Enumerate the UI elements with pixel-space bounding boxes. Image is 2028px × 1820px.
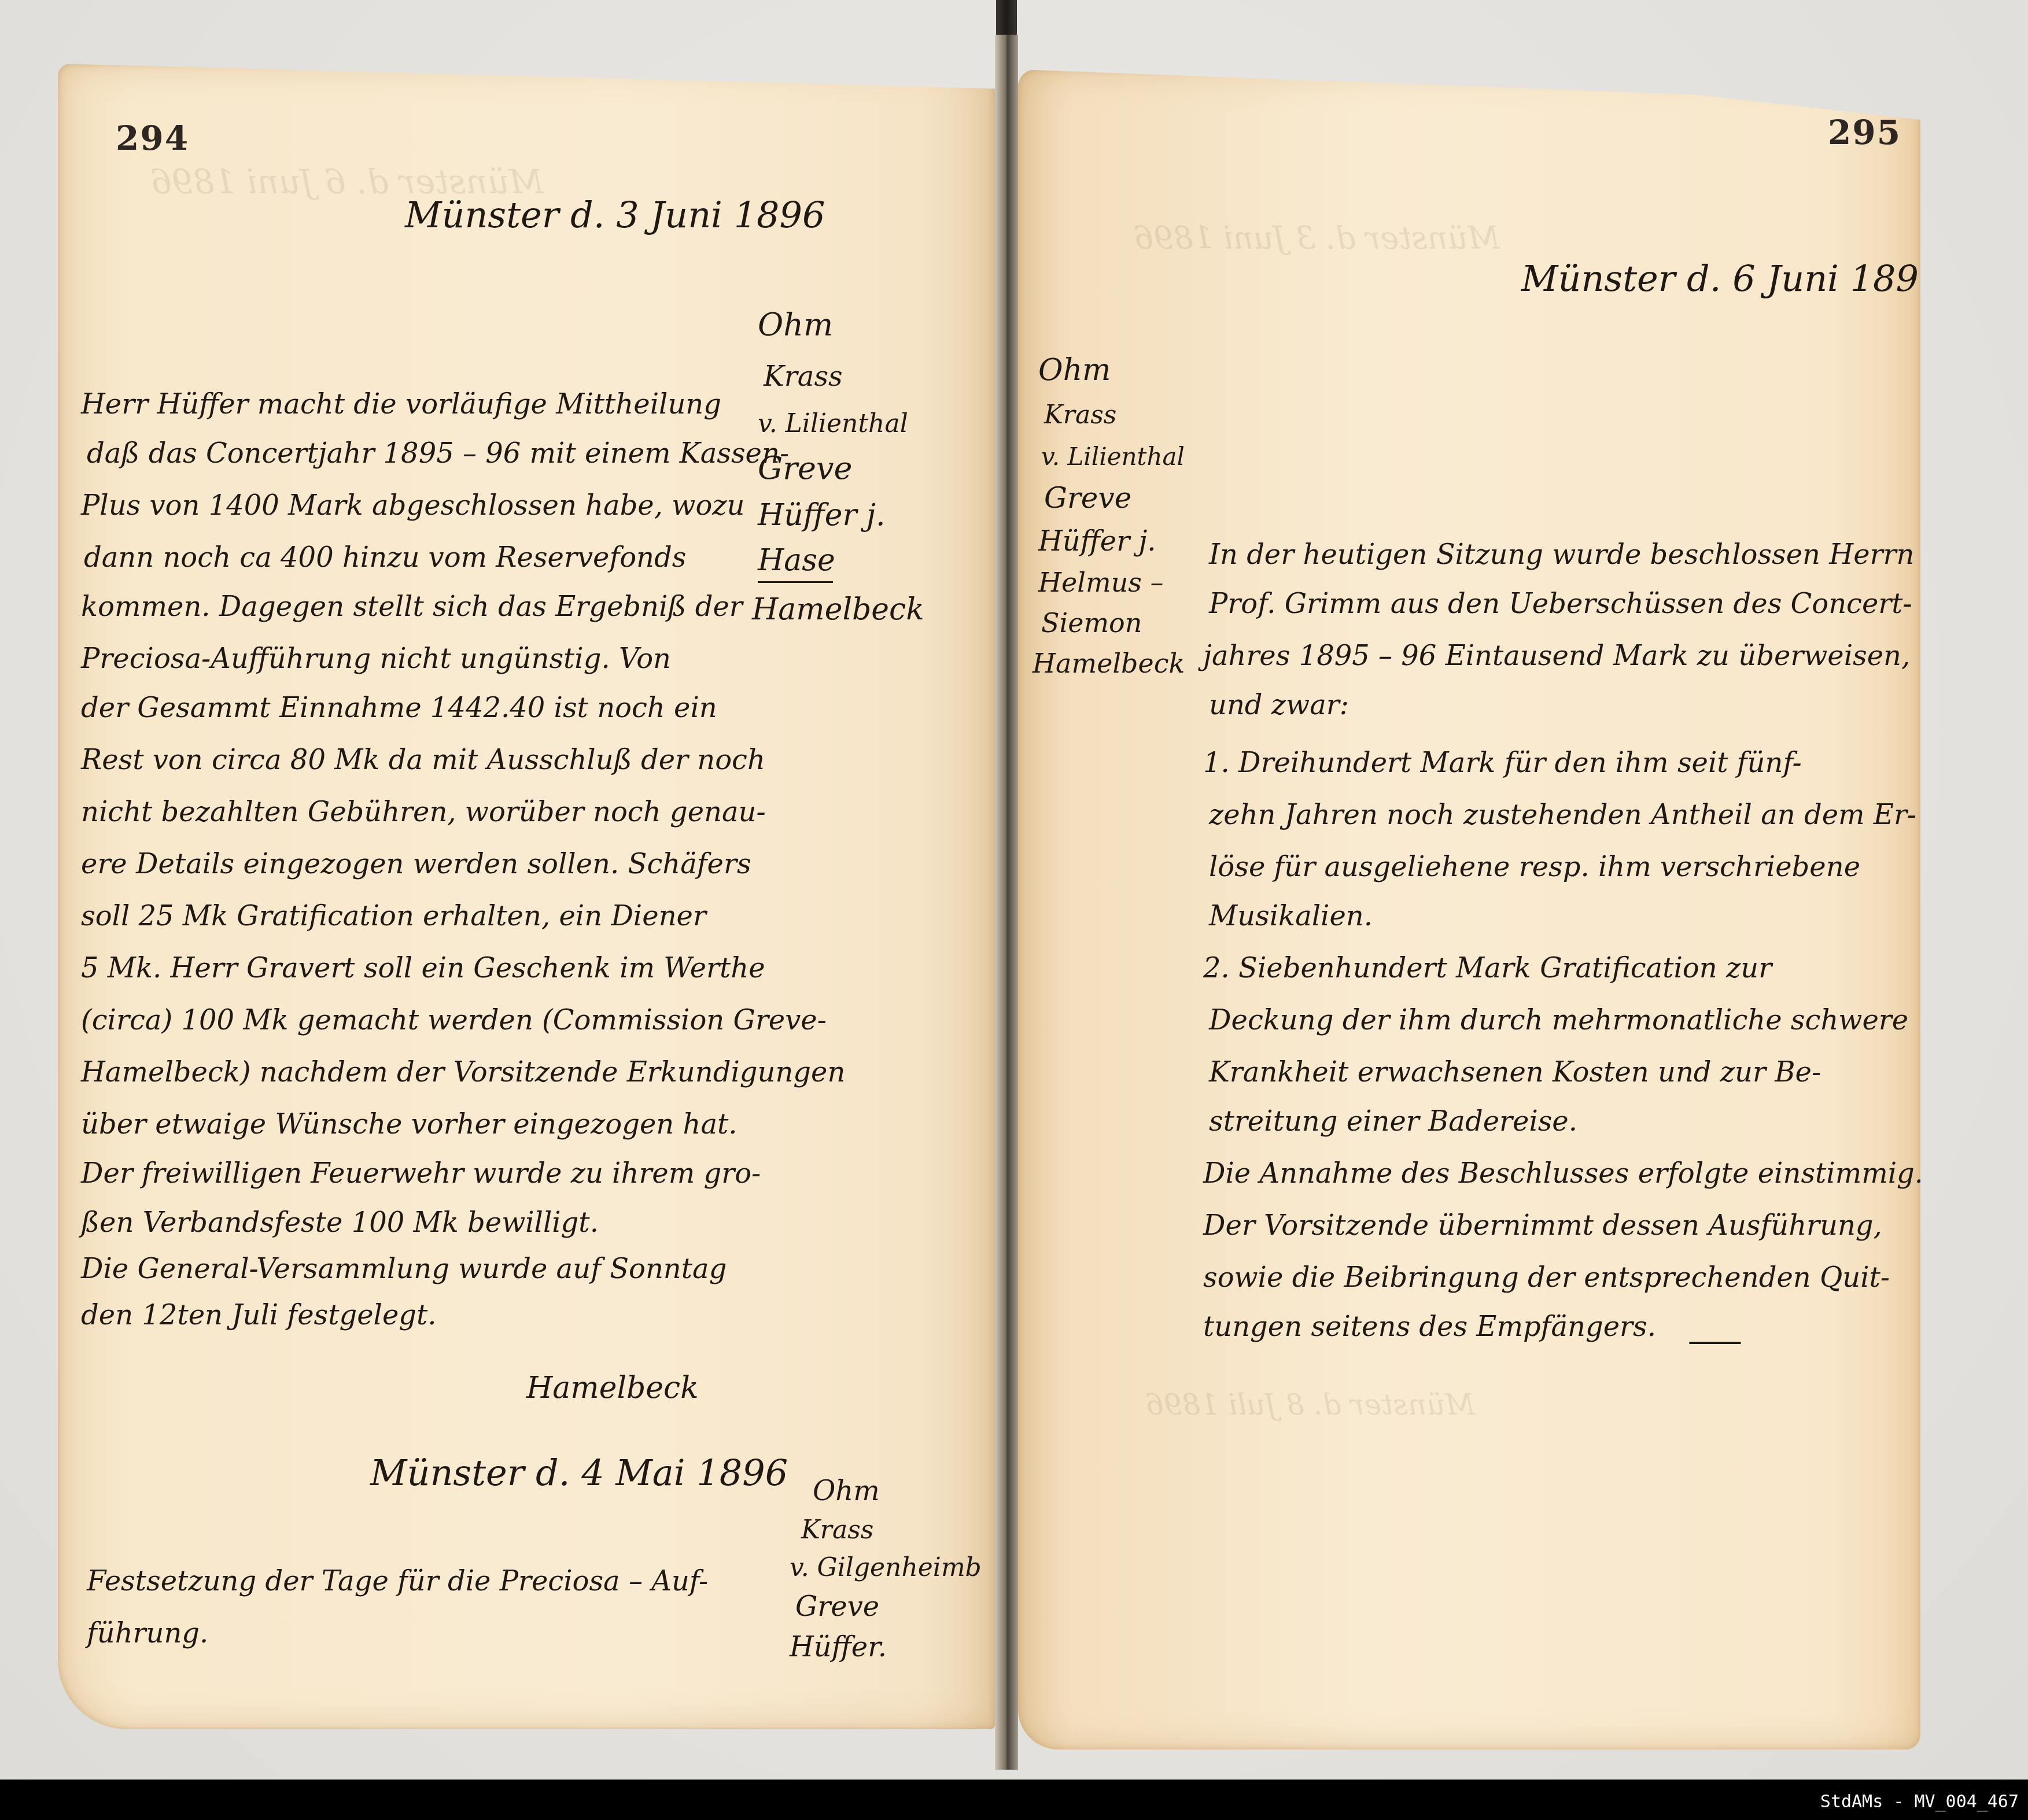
attendee: Ohm <box>1038 353 1185 387</box>
text-line: Der Vorsitzende übernimmt dessen Ausführ… <box>1203 1212 1882 1239</box>
entry-date: Münster d. 4 Mai 1896 <box>370 1452 788 1494</box>
signature: Hamelbeck <box>526 1371 699 1405</box>
text-line: 1. Dreihundert Mark für den ihm seit fün… <box>1203 749 1802 777</box>
page-number: 295 <box>1828 113 1901 152</box>
text-line: (circa) 100 Mk gemacht werden (Commissio… <box>81 1006 827 1034</box>
attendee-list: Ohm Krass v. Lilienthal Greve Hüffer j. … <box>1038 353 1185 679</box>
text-line: dann noch ca 400 hinzu vom Reservefonds <box>84 544 686 571</box>
text-line: Musikalien. <box>1209 902 1373 930</box>
text-line: daß das Concertjahr 1895 – 96 mit einem … <box>87 440 789 467</box>
attendee: Greve <box>795 1590 982 1623</box>
text-line: Festsetzung der Tage für die Preciosa – … <box>87 1567 708 1595</box>
attendee: Ohm <box>813 1475 982 1507</box>
attendee-list: Ohm Krass v. Gilgenheimb Greve Hüffer. <box>790 1475 982 1663</box>
right-page: Münster d. 3 Juni 1896 295 Münster d. 6 … <box>1018 69 1920 1749</box>
text-line: Preciosa-Aufführung nicht ungünstig. Von <box>81 645 671 673</box>
text-line: ere Details eingezogen werden sollen. Sc… <box>81 850 751 878</box>
text-line: In der heutigen Sitzung wurde beschlosse… <box>1209 541 1914 568</box>
text-line: Die General-Versammlung wurde auf Sonnta… <box>81 1255 727 1283</box>
text-line: Krankheit erwachsenen Kosten und zur Be- <box>1209 1058 1821 1086</box>
attendee: Hase <box>758 543 833 583</box>
text-line: streitung einer Badereise. <box>1209 1107 1577 1135</box>
text-line: Deckung der ihm durch mehrmonatliche sch… <box>1209 1006 1908 1034</box>
attendee: Hamelbeck <box>752 592 924 627</box>
bleed-through-text: Münster d. 8 Juli 1896 <box>1145 1388 1475 1422</box>
text-line: Herr Hüffer macht die vorläufige Mitthei… <box>81 390 721 418</box>
archive-footer-bar: StdAMs - MV_004_467 <box>0 1780 2028 1820</box>
attendee: Ohm <box>758 307 924 343</box>
attendee: Hüffer. <box>790 1631 982 1663</box>
attendee: Krass <box>764 360 924 393</box>
closing-dash <box>1689 1342 1741 1344</box>
text-line: kommen. Dagegen stellt sich das Ergebniß… <box>81 593 743 621</box>
attendee: Hüffer j. <box>758 498 924 533</box>
attendee: v. Gilgenheimb <box>790 1553 982 1582</box>
entry-date: Münster d. 6 Juni 1896. <box>1521 257 1953 300</box>
attendee: Hüffer j. <box>1038 525 1185 558</box>
text-line: soll 25 Mk Gratification erhalten, ein D… <box>81 902 706 930</box>
text-line: sowie die Beibringung der entsprechenden… <box>1203 1264 1890 1291</box>
attendee: Krass <box>1044 400 1185 430</box>
text-line: 5 Mk. Herr Gravert soll ein Geschenk im … <box>81 954 765 982</box>
text-line: der Gesammt Einnahme 1442.40 ist noch ei… <box>81 694 717 722</box>
text-line: Hamelbeck) nachdem der Vorsitzende Erkun… <box>81 1058 845 1086</box>
text-line: Plus von 1400 Mark abgeschlossen habe, w… <box>81 492 744 519</box>
text-line: Die Annahme des Beschlusses erfolgte ein… <box>1203 1160 1923 1187</box>
attendee: Greve <box>1044 481 1185 515</box>
attendee: v. Lilienthal <box>1041 442 1185 471</box>
page-number: 294 <box>116 119 189 158</box>
bleed-through-text: Münster d. 3 Juni 1896 <box>1134 220 1500 256</box>
text-line: zehn Jahren noch zustehenden Antheil an … <box>1209 801 1916 829</box>
text-line: jahres 1895 – 96 Eintausend Mark zu über… <box>1203 642 1910 670</box>
text-line: nicht bezahlten Gebühren, worüber noch g… <box>81 798 766 826</box>
text-line: 2. Siebenhundert Mark Gratification zur <box>1203 954 1772 982</box>
entry-date: Münster d. 3 Juni 1896 <box>405 194 825 236</box>
attendee: Helmus – <box>1038 567 1185 598</box>
text-line: ßen Verbandsfeste 100 Mk bewilligt. <box>81 1209 599 1236</box>
left-page: Münster d. 6 Juni 1896 294 Münster d. 3 … <box>58 64 995 1729</box>
attendee: Siemon <box>1041 607 1185 638</box>
text-line: den 12ten Juli festgelegt. <box>81 1301 437 1329</box>
book-spine <box>995 35 1018 1770</box>
text-line: Der freiwilligen Feuerwehr wurde zu ihre… <box>81 1160 761 1187</box>
attendee: v. Lilienthal <box>758 409 924 438</box>
text-line: löse für ausgeliehene resp. ihm verschri… <box>1209 853 1860 881</box>
text-line: tungen seitens des Empfängers. <box>1203 1313 1656 1341</box>
text-line: über etwaige Wünsche vorher eingezogen h… <box>81 1110 738 1138</box>
text-line: und zwar: <box>1209 691 1349 719</box>
archive-reference-label: StdAMs - MV_004_467 <box>1820 1792 2019 1812</box>
text-line: führung. <box>87 1619 208 1647</box>
text-line: Rest von circa 80 Mk da mit Ausschluß de… <box>81 746 765 774</box>
attendee: Krass <box>801 1515 982 1545</box>
attendee: Hamelbeck <box>1033 648 1185 679</box>
text-line: Prof. Grimm aus den Ueberschüssen des Co… <box>1209 590 1912 618</box>
